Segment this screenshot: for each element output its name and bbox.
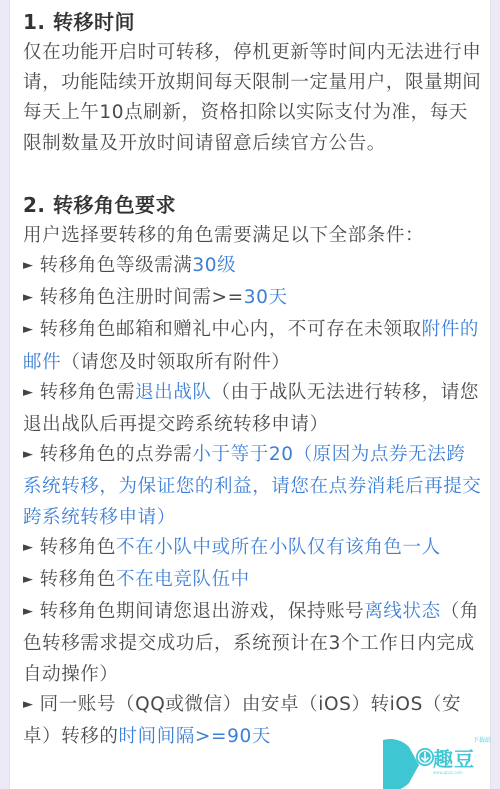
bullet-arrow-icon: ► xyxy=(23,290,34,305)
bullet-arrow-icon: ► xyxy=(23,697,34,712)
bullet-arrow-icon: ► xyxy=(23,540,34,555)
item-highlight: 30级 xyxy=(192,255,236,276)
watermark-tag: 下载站 xyxy=(473,735,491,744)
requirement-item: ►转移角色等级需满30级 xyxy=(23,251,482,283)
requirement-item: ►转移角色需退出战队（由于战队无法进行转移，请您退出战队后再提交跨系统转移申请） xyxy=(23,378,482,440)
item-text: 转移角色 xyxy=(40,537,116,558)
item-text: 转移角色需 xyxy=(40,382,136,403)
section-1-body: 仅在功能开启时可转移，停机更新等时间内无法进行申请，功能陆续开放期间每天限制一定… xyxy=(23,38,482,159)
requirement-item: ►转移角色不在小队中或所在小队仅有该角色一人 xyxy=(23,533,482,565)
requirement-item: ►转移角色注册时间需>=30天 xyxy=(23,283,482,315)
watermark-brand: 趣豆 xyxy=(433,743,475,772)
item-highlight: 时间间隔>=90天 xyxy=(119,726,271,747)
article-card: 1. 转移时间 仅在功能开启时可转移，停机更新等时间内无法进行申请，功能陆续开放… xyxy=(9,0,491,789)
section-2-title: 2. 转移角色要求 xyxy=(23,189,482,221)
bullet-arrow-icon: ► xyxy=(23,385,34,400)
item-text: 转移角色期间请您退出游戏，保持账号 xyxy=(40,601,365,622)
bullet-arrow-icon: ► xyxy=(23,447,34,462)
requirement-item: ►转移角色不在电竞队伍中 xyxy=(23,565,482,597)
section-2-intro: 用户选择要转移的角色需要满足以下全部条件： xyxy=(23,221,482,251)
requirement-item: ►转移角色的点券需小于等于20（原因为点券无法跨系统转移，为保证您的利益，请您在… xyxy=(23,440,482,533)
item-text: 转移角色等级需满 xyxy=(40,255,193,276)
bullet-arrow-icon: ► xyxy=(23,572,34,587)
watermark-url: www.qbzz.com xyxy=(433,770,463,775)
bullet-arrow-icon: ► xyxy=(23,322,34,337)
section-1-title: 1. 转移时间 xyxy=(23,6,482,38)
item-after: （请您及时领取所有附件） xyxy=(61,352,290,373)
item-highlight: 30天 xyxy=(244,287,288,308)
requirement-item: ►转移角色邮箱和赠礼中心内，不可存在未领取附件的邮件（请您及时领取所有附件） xyxy=(23,315,482,377)
watermark-logo: 趣豆 下载站 www.qbzz.com xyxy=(383,737,500,789)
item-highlight: 退出战队 xyxy=(135,382,211,403)
item-highlight: 离线状态 xyxy=(364,601,440,622)
requirement-item: ►转移角色期间请您退出游戏，保持账号离线状态（角色转移需求提交成功后，系统预计在… xyxy=(23,597,482,690)
bullet-arrow-icon: ► xyxy=(23,604,34,619)
item-text: 转移角色邮箱和赠礼中心内，不可存在未领取 xyxy=(40,319,422,340)
item-highlight: 不在小队中或所在小队仅有该角色一人 xyxy=(116,537,441,558)
bullet-arrow-icon: ► xyxy=(23,258,34,273)
section-spacer xyxy=(23,159,482,189)
item-text: 转移角色的点券需 xyxy=(40,444,193,465)
item-text: 转移角色 xyxy=(40,569,116,590)
item-text: 转移角色注册时间需>= xyxy=(40,287,244,308)
item-highlight: 不在电竞队伍中 xyxy=(116,569,250,590)
